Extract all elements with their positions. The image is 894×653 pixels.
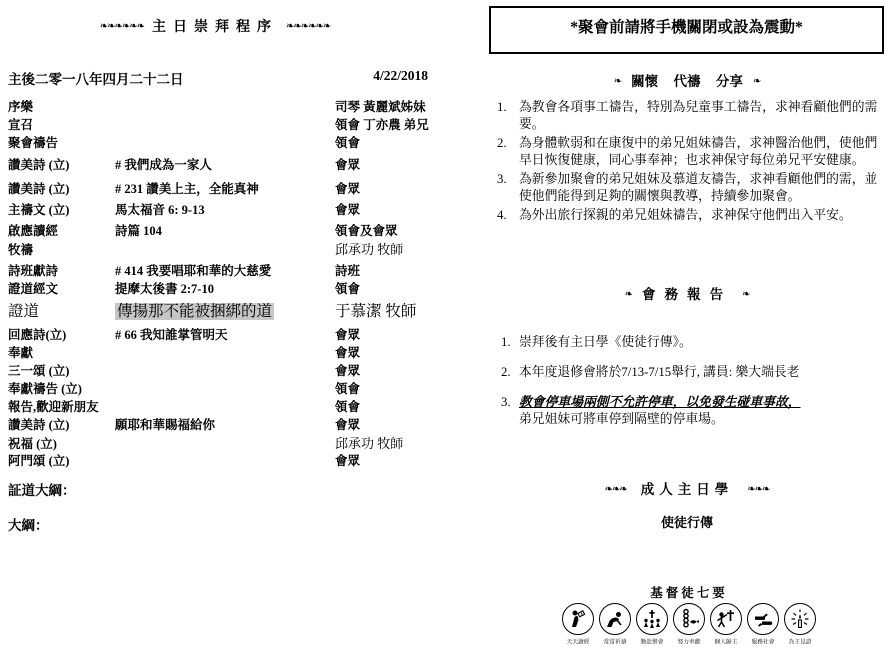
program-person: 領會 丁亦農 弟兄 (335, 115, 458, 133)
report-item: 1.崇拜後有主日學《使徒行傳》。 (501, 334, 885, 351)
program-item: 證道 (8, 299, 115, 321)
essential-item: 努力奉獻 (671, 603, 708, 647)
scroll-ornament-icon: ❧ (614, 76, 621, 87)
program-content: 詩篇 104 (115, 221, 335, 239)
program-row: 回應詩(立)# 66 我知誰掌管明天會眾 (8, 325, 458, 343)
prayer-list: 1.為教會各項事工禱告，特別為兒童事工禱告，求神看顧他們的需要。 2.為身體軟弱… (497, 99, 885, 226)
program-item: 宣召 (8, 115, 115, 133)
scroll-ornament-icon: ❧❧❧❧❧❧ (100, 21, 144, 32)
prayer-item: 4.為外出旅行探親的弟兄姐妹禱告，求神保守他們出入平安。 (497, 207, 885, 224)
program-content: 願耶和華賜福給你 (115, 415, 335, 433)
program-person: 邱承功 牧師 (335, 239, 458, 258)
scroll-ornament-icon: ❧ (753, 76, 760, 87)
scroll-ornament-icon: ❧ (625, 289, 632, 300)
person-cross-icon (710, 603, 742, 635)
report-item-text: 教會停車場兩側不允許停車，以免發生碰車事故， 弟兄姐妹可將車停到隔壁的停車場。 (519, 394, 885, 428)
program-person: 詩班 (335, 261, 458, 279)
program-row: 聚會禱告領會 (8, 133, 458, 151)
program-content: 提摩太後書 2:7-10 (115, 279, 335, 297)
program-item: 詩班獻詩 (8, 261, 115, 279)
program-person: 于慕潔 牧師 (335, 299, 458, 321)
report-item: 2.本年度退修會將於7/13-7/15舉行, 講員: 樂大端長老 (501, 364, 885, 381)
care-section-header: ❧關懷 代禱 分享❧ (489, 70, 885, 90)
program-row: 奉獻會眾 (8, 343, 458, 361)
adult-sunday-school-header: ❧❧❧成人主日學❧❧❧ (489, 478, 885, 498)
sermon-outline-label: 証道大綱： (8, 479, 76, 499)
seven-essentials-title: 基督徒七要 (553, 583, 825, 601)
report-list: 1.崇拜後有主日學《使徒行傳》。 2.本年度退修會將於7/13-7/15舉行, … (501, 334, 885, 441)
prayer-item-number: 4. (497, 207, 519, 224)
program-item: 奉獻 (8, 343, 115, 361)
scroll-ornament-icon: ❧❧❧ (747, 484, 769, 495)
read-bible-icon (562, 603, 594, 635)
program-content: 傳揚那不能被捆綁的道 (115, 299, 335, 321)
church-bulletin-page: ❧❧❧❧❧❧主日崇拜程序❧❧❧❧❧❧ 主後二零一八年四月二十二日 4/22/20… (0, 0, 894, 653)
prayer-item-text: 為教會各項事工禱告，特別為兒童事工禱告，求神看顧他們的需要。 (519, 99, 885, 133)
phone-notice-text: *聚會前請將手機關閉或設為震動* (570, 19, 803, 36)
prayer-item-text: 為新參加聚會的弟兄姐妹及慕道友禱告，求神看顧他們的需，並使他們能得到足夠的關懷與… (519, 171, 885, 205)
program-item: 主禱文 (立) (8, 200, 115, 218)
program-person: 邱承功 牧師 (335, 433, 458, 452)
program-row-sermon: 證道傳揚那不能被捆綁的道于慕潔 牧師 (8, 299, 458, 322)
program-item: 報告,歡迎新朋友 (8, 397, 115, 415)
program-content: 馬太福音 6: 9-13 (115, 200, 335, 218)
program-item: 讚美詩 (立) (8, 179, 115, 197)
program-person: 會眾 (335, 179, 458, 197)
essential-item: 服務社會 (745, 603, 782, 647)
essential-item: 勤赴聚會 (634, 603, 671, 647)
program-row: 讚美詩 (立)# 231 讚美上主，全能真神會眾 (8, 179, 458, 197)
program-item: 聚會禱告 (8, 133, 115, 151)
parking-warning-underlined: 教會停車場兩側不允許停車，以免發生碰車事故， (519, 395, 801, 409)
program-row: 奉獻禱告 (立)領會 (8, 379, 458, 397)
program-person: 會眾 (335, 200, 458, 218)
program-item: 阿門頌 (立) (8, 451, 115, 469)
essential-label: 天天讀經 (567, 638, 590, 646)
date-western: 4/22/2018 (373, 68, 428, 88)
essential-label: 勤赴聚會 (641, 638, 664, 646)
program-item: 讚美詩 (立) (8, 155, 115, 173)
care-section-title: 關懷 代禱 分享 (631, 74, 743, 89)
report-item: 3. 教會停車場兩側不允許停車，以免發生碰車事故， 弟兄姐妹可將車停到隔壁的停車… (501, 394, 885, 428)
date-chinese: 主後二零一八年四月二十二日 (8, 68, 184, 88)
sermon-title-highlighted: 傳揚那不能被捆綁的道 (115, 303, 274, 320)
prayer-item-number: 1. (497, 99, 519, 133)
program-content: # 231 讚美上主，全能真神 (115, 179, 335, 197)
program-person: 會眾 (335, 343, 458, 361)
program-row: 序樂司琴 黃麗斌姊妹 (8, 97, 458, 115)
program-item: 啟應讀經 (8, 221, 115, 239)
seven-essentials-icons: 天天讀經 常常祈禱 (553, 603, 825, 647)
pray-icon (599, 603, 631, 635)
program-content: # 我們成為一家人 (115, 155, 335, 173)
essential-label: 服務社會 (752, 638, 775, 646)
program-item: 牧禱 (8, 240, 115, 258)
scroll-ornament-icon: ❧❧❧❧❧❧ (286, 21, 330, 32)
essential-item: 天天讀經 (560, 603, 597, 647)
bulletin-masthead: ❧❧❧❧❧❧主日崇拜程序❧❧❧❧❧❧ (50, 16, 380, 36)
prayer-item: 1.為教會各項事工禱告，特別為兒童事工禱告，求神看顧他們的需要。 (497, 99, 885, 133)
report-item-number: 3. (501, 394, 519, 428)
prayer-item-number: 3. (497, 171, 519, 205)
essential-label: 努力奉獻 (678, 638, 701, 646)
program-person: 領會 (335, 133, 458, 151)
program-item: 回應詩(立) (8, 325, 115, 343)
prayer-item-number: 2. (497, 135, 519, 169)
date-row: 主後二零一八年四月二十二日 4/22/2018 (8, 68, 428, 88)
essential-label: 常常祈禱 (604, 638, 627, 646)
program-person: 領會 (335, 279, 458, 297)
program-item: 三一頌 (立) (8, 361, 115, 379)
program-item: 證道經文 (8, 279, 115, 297)
report-section-header: ❧會務報告❧ (489, 283, 885, 303)
adult-sunday-school-subtitle: 使徒行傳 (489, 512, 885, 531)
prayer-item-text: 為身體軟弱和在康復中的弟兄姐妹禱告，求神醫治他們，使他們早日恢復健康，同心事奉神… (519, 135, 885, 169)
program-row: 三一頌 (立)會眾 (8, 361, 458, 379)
offering-icon (673, 603, 705, 635)
scroll-ornament-icon: ❧❧❧ (605, 484, 627, 495)
program-row: 啟應讀經詩篇 104領會及會眾 (8, 221, 458, 239)
scroll-ornament-icon: ❧ (742, 289, 749, 300)
program-person: 會眾 (335, 325, 458, 343)
report-section-title: 會務報告 (642, 287, 732, 302)
program-item: 祝福 (立) (8, 434, 115, 452)
program-row: 阿門頌 (立)會眾 (8, 451, 458, 469)
bulletin-title: 主日崇拜程序 (152, 20, 278, 35)
program-person: 領會 (335, 379, 458, 397)
essential-label: 個人歸主 (715, 638, 738, 646)
program-person: 領會 (335, 397, 458, 415)
seven-essentials-logo: 基督徒七要 天天讀經 (553, 583, 825, 647)
worship-program: 序樂司琴 黃麗斌姊妹 宣召領會 丁亦農 弟兄 聚會禱告領會 讚美詩 (立)# 我… (8, 97, 458, 469)
program-row: 讚美詩 (立)# 我們成為一家人會眾 (8, 155, 458, 173)
program-person: 會眾 (335, 451, 458, 469)
program-person: 會眾 (335, 361, 458, 379)
essential-item: 為主見證 (782, 603, 819, 647)
outline-label: 大綱： (8, 514, 49, 534)
program-person: 會眾 (335, 155, 458, 173)
report-item-number: 2. (501, 364, 519, 381)
program-row: 證道經文提摩太後書 2:7-10領會 (8, 279, 458, 297)
program-row: 主禱文 (立)馬太福音 6: 9-13會眾 (8, 200, 458, 218)
serving-hands-icon (747, 603, 779, 635)
prayer-item: 3.為新參加聚會的弟兄姐妹及慕道友禱告，求神看顧他們的需，並使他們能得到足夠的關… (497, 171, 885, 205)
essential-label: 為主見證 (789, 638, 812, 646)
program-person: 司琴 黃麗斌姊妹 (335, 97, 458, 115)
prayer-item-text: 為外出旅行探親的弟兄姐妹禱告，求神保守他們出入平安。 (519, 207, 885, 224)
report-item-text: 本年度退修會將於7/13-7/15舉行, 講員: 樂大端長老 (519, 364, 885, 381)
program-person: 領會及會眾 (335, 221, 458, 239)
report-item-text: 崇拜後有主日學《使徒行傳》。 (519, 334, 885, 351)
parking-note: 弟兄姐妹可將車停到隔壁的停車場。 (519, 412, 724, 426)
program-item: 奉獻禱告 (立) (8, 379, 115, 397)
program-content: # 66 我知誰掌管明天 (115, 325, 335, 343)
program-row: 報告,歡迎新朋友領會 (8, 397, 458, 415)
program-person: 會眾 (335, 415, 458, 433)
program-row: 宣召領會 丁亦農 弟兄 (8, 115, 458, 133)
essential-item: 個人歸主 (708, 603, 745, 647)
program-row: 牧禱邱承功 牧師 (8, 239, 458, 257)
program-content: # 414 我要唱耶和華的大慈愛 (115, 261, 335, 279)
witness-candle-icon (784, 603, 816, 635)
program-row: 讚美詩 (立)願耶和華賜福給你會眾 (8, 415, 458, 433)
prayer-item: 2.為身體軟弱和在康復中的弟兄姐妹禱告，求神醫治他們，使他們早日恢復健康，同心事… (497, 135, 885, 169)
phone-notice-box: *聚會前請將手機關閉或設為震動* (489, 6, 884, 54)
program-row: 詩班獻詩# 414 我要唱耶和華的大慈愛詩班 (8, 261, 458, 279)
program-row: 祝福 (立)邱承功 牧師 (8, 433, 458, 451)
adult-sunday-school-title: 成人主日學 (641, 482, 734, 497)
program-item: 讚美詩 (立) (8, 415, 115, 433)
essential-item: 常常祈禱 (597, 603, 634, 647)
church-meeting-icon (636, 603, 668, 635)
program-item: 序樂 (8, 97, 115, 115)
report-item-number: 1. (501, 334, 519, 351)
